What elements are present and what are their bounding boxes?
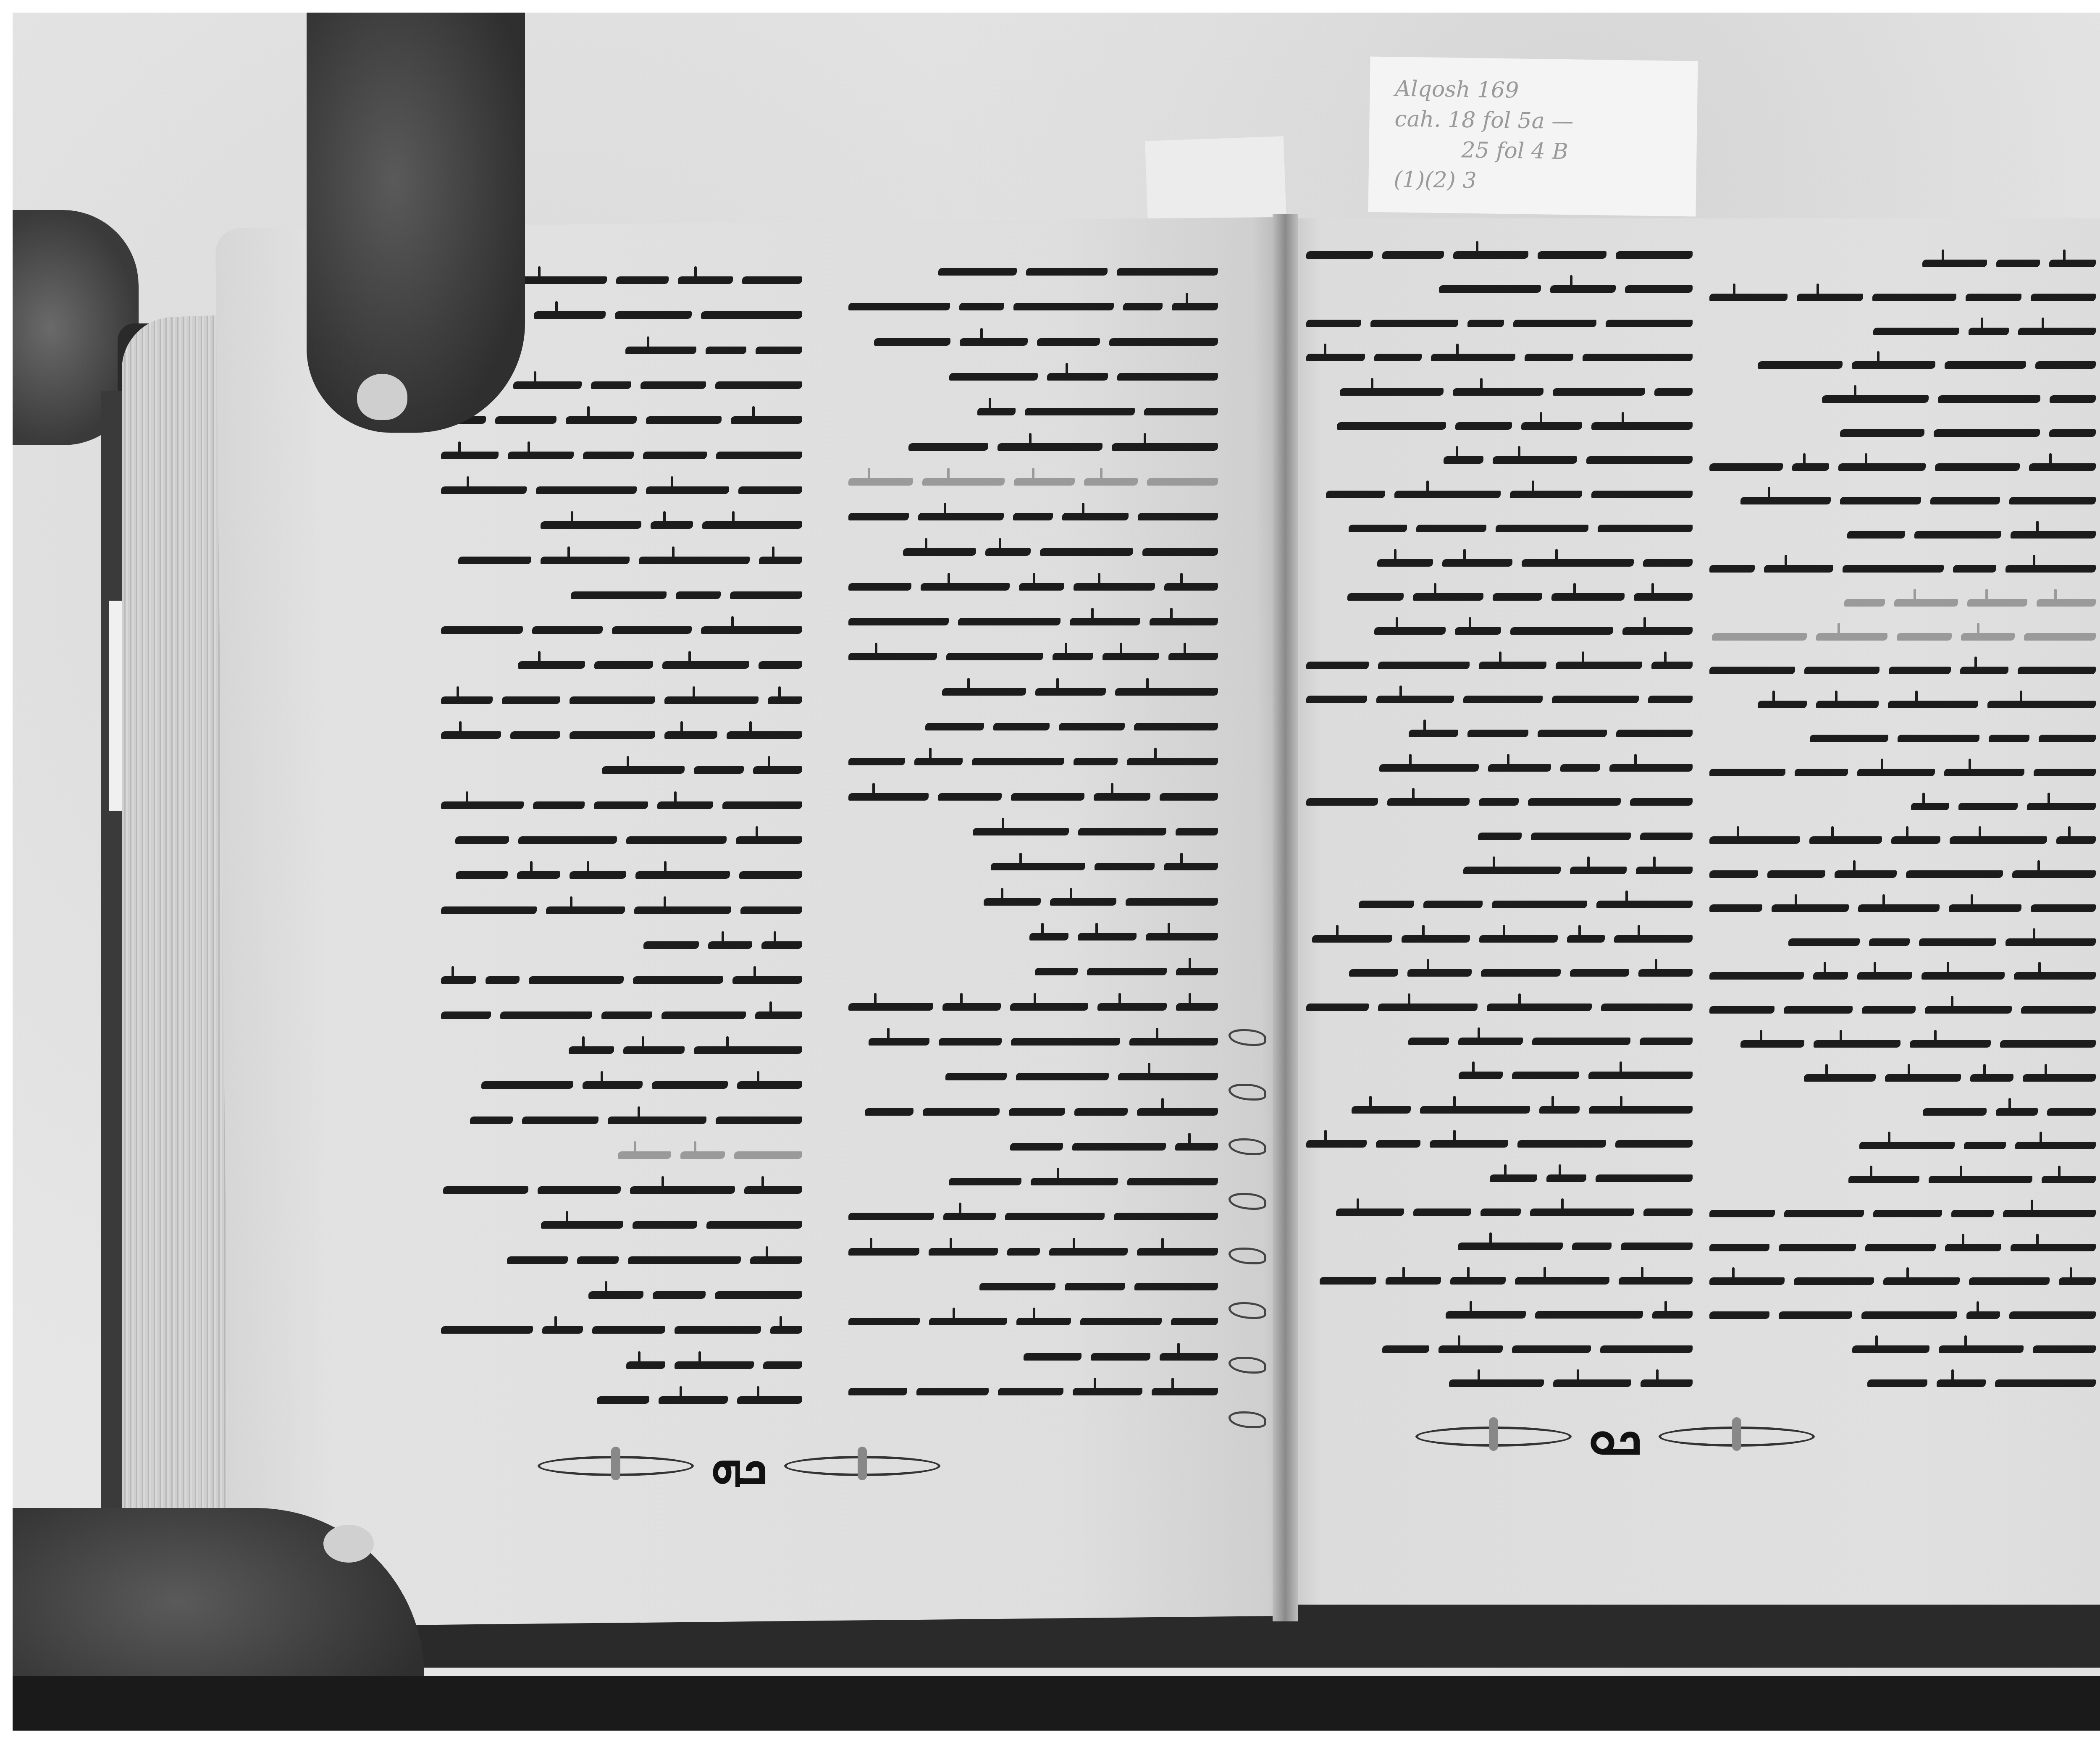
- script-word: [1804, 667, 1879, 674]
- script-word: [1921, 972, 2005, 980]
- script-word: [1960, 667, 2008, 674]
- script-word: [1479, 662, 1546, 669]
- text-line: [848, 1105, 1218, 1119]
- script-word: [1591, 422, 1693, 430]
- script-word: [1857, 769, 1935, 776]
- script-word: [1496, 525, 1588, 532]
- script-word: [1857, 972, 1912, 980]
- script-word: [1709, 1311, 1769, 1319]
- photo-frame: Alqosh 169 cah. 18 fol 5a — 25 fol 4 B (…: [13, 13, 2100, 1731]
- script-word: [1109, 338, 1218, 346]
- script-word: [1306, 1140, 1367, 1148]
- script-word: [1453, 251, 1528, 259]
- text-line: [1709, 697, 2096, 712]
- script-word: [1964, 1142, 2006, 1149]
- script-word: [1788, 938, 1860, 946]
- script-word: [1376, 1140, 1421, 1148]
- script-word: [1409, 730, 1458, 737]
- script-word: [1078, 933, 1137, 940]
- script-word: [1570, 969, 1629, 977]
- text-line: [441, 413, 802, 427]
- script-word: [848, 478, 913, 486]
- script-word: [759, 661, 802, 669]
- script-word: [716, 1117, 802, 1124]
- text-line: [1306, 590, 1693, 604]
- text-line: [1709, 1037, 2096, 1051]
- script-word: [1059, 723, 1125, 730]
- script-word: [738, 486, 802, 494]
- script-word: [2031, 904, 2096, 912]
- script-word: [1553, 388, 1645, 396]
- text-line: [441, 833, 802, 847]
- script-word: [1439, 285, 1541, 293]
- script-word: [518, 661, 585, 669]
- script-word: [566, 416, 636, 424]
- script-word: [625, 347, 696, 354]
- script-word: [441, 696, 493, 704]
- script-word: [922, 478, 1004, 486]
- script-word: [1129, 1038, 1218, 1046]
- script-word: [634, 906, 731, 914]
- script-word: [706, 1221, 802, 1229]
- script-word: [1538, 730, 1607, 737]
- script-word: [925, 723, 984, 730]
- script-word: [1176, 828, 1218, 835]
- script-word: [1013, 513, 1053, 520]
- script-word: [1011, 793, 1084, 801]
- script-word: [1953, 565, 1997, 573]
- text-line: [441, 1043, 802, 1057]
- script-word: [1929, 1176, 2032, 1183]
- script-word: [1080, 1318, 1162, 1325]
- script-word: [470, 1117, 513, 1124]
- script-word: [1126, 898, 1218, 906]
- script-word: [1622, 627, 1693, 635]
- script-word: [848, 1003, 933, 1011]
- script-word: [1160, 793, 1218, 801]
- script-word: [1919, 938, 1996, 946]
- text-line: [1306, 1205, 1693, 1219]
- text-line: [441, 1218, 802, 1232]
- left-page-number: ܟܗ: [711, 1441, 767, 1491]
- script-word: [942, 688, 1026, 696]
- script-word: [1589, 1106, 1693, 1114]
- script-word: [1638, 969, 1693, 977]
- script-word: [646, 486, 729, 494]
- script-word: [1816, 633, 1887, 641]
- script-word: [602, 766, 685, 774]
- text-line: [1306, 1103, 1693, 1117]
- script-word: [715, 381, 802, 389]
- script-word: [675, 1326, 761, 1334]
- script-word: [1969, 1277, 2050, 1285]
- script-word: [633, 1221, 697, 1229]
- text-line: [848, 895, 1218, 909]
- text-line: [848, 265, 1218, 279]
- script-word: [541, 557, 630, 564]
- script-word: [1630, 798, 1693, 806]
- script-word: [1374, 627, 1446, 635]
- script-word: [1488, 764, 1551, 772]
- script-word: [2009, 497, 2096, 504]
- script-word: [702, 521, 802, 529]
- text-line: [848, 754, 1218, 769]
- script-word: [1416, 525, 1486, 532]
- script-word: [1037, 338, 1100, 346]
- text-line: [1709, 1376, 2096, 1390]
- text-line: [1306, 282, 1693, 296]
- script-word: [594, 801, 648, 809]
- label-line-4: (1)(2) 3: [1394, 164, 1671, 198]
- left-page-signature: ܟܗ: [538, 1441, 940, 1491]
- script-word: [1619, 1277, 1693, 1285]
- script-word: [1458, 1243, 1563, 1250]
- text-line: [1709, 799, 2096, 814]
- script-word: [583, 452, 634, 459]
- text-line: [441, 1008, 802, 1022]
- script-word: [635, 871, 730, 879]
- script-word: [1995, 1379, 2096, 1387]
- label-line-3: 25 fol 4 B: [1394, 134, 1672, 168]
- script-word: [455, 836, 509, 844]
- text-line: [1306, 1068, 1693, 1082]
- script-word: [443, 1186, 528, 1194]
- script-word: [1930, 497, 2000, 504]
- script-word: [740, 906, 802, 914]
- text-line: [848, 1000, 1218, 1014]
- text-line: [1306, 419, 1693, 433]
- script-word: [2023, 1074, 2096, 1082]
- script-word: [1387, 798, 1469, 806]
- script-word: [1378, 1004, 1478, 1011]
- text-line: [1709, 562, 2096, 576]
- script-word: [1481, 969, 1561, 977]
- script-word: [960, 338, 1028, 346]
- script-word: [1349, 969, 1398, 977]
- script-word: [2009, 1311, 2096, 1319]
- text-line: [441, 868, 802, 882]
- script-word: [1848, 1176, 1919, 1183]
- script-word: [1019, 583, 1064, 591]
- script-word: [946, 653, 1043, 660]
- script-word: [1420, 1106, 1530, 1114]
- script-word: [1709, 463, 1783, 471]
- script-word: [1795, 769, 1848, 776]
- script-word: [1551, 593, 1625, 601]
- text-line: [848, 1245, 1218, 1259]
- script-word: [1814, 1040, 1900, 1048]
- script-word: [1084, 478, 1138, 486]
- text-line: [1709, 494, 2096, 508]
- script-word: [1885, 1074, 1961, 1082]
- script-word: [708, 941, 752, 949]
- script-word: [1431, 354, 1515, 361]
- script-word: [1065, 1283, 1125, 1290]
- label-line-1: Alqosh 169: [1395, 74, 1672, 108]
- text-line: [1306, 1376, 1693, 1390]
- script-word: [2034, 769, 2096, 776]
- script-word: [715, 1291, 802, 1299]
- rubric-line: [848, 475, 1218, 489]
- script-word: [481, 1081, 573, 1089]
- script-word: [1423, 901, 1483, 908]
- script-word: [1047, 373, 1108, 381]
- script-word: [1127, 1178, 1218, 1185]
- script-word: [1377, 559, 1433, 567]
- script-word: [570, 871, 626, 879]
- script-word: [1097, 1003, 1167, 1011]
- script-word: [1810, 735, 1888, 742]
- rubric-line: [1709, 596, 2096, 610]
- script-word: [1961, 633, 2015, 641]
- script-word: [1087, 968, 1167, 975]
- script-word: [1987, 701, 2096, 708]
- script-word: [1467, 730, 1528, 737]
- script-word: [1809, 836, 1882, 844]
- script-word: [1074, 1108, 1128, 1116]
- script-word: [848, 583, 911, 591]
- script-word: [848, 1213, 934, 1220]
- script-word: [1014, 478, 1075, 486]
- script-word: [2027, 803, 2096, 810]
- script-word: [1446, 1311, 1526, 1319]
- script-word: [1512, 1345, 1591, 1353]
- script-word: [938, 793, 1002, 801]
- script-word: [1651, 662, 1693, 669]
- script-word: [592, 1326, 665, 1334]
- script-word: [441, 626, 523, 634]
- script-word: [1858, 904, 1940, 912]
- script-word: [1138, 513, 1218, 520]
- script-word: [865, 1108, 913, 1116]
- script-word: [1091, 1353, 1150, 1361]
- script-word: [1894, 599, 1958, 607]
- script-word: [1123, 303, 1163, 310]
- script-word: [1838, 463, 1925, 471]
- script-word: [1938, 395, 2040, 403]
- script-word: [2012, 870, 2096, 878]
- script-word: [736, 836, 802, 844]
- script-word: [1843, 565, 1943, 573]
- script-word: [1530, 1208, 1634, 1216]
- script-word: [1487, 1004, 1592, 1011]
- script-word: [2049, 429, 2096, 437]
- script-word: [570, 696, 655, 704]
- script-word: [1013, 303, 1114, 310]
- script-word: [1572, 1243, 1612, 1250]
- text-line: [1306, 521, 1693, 536]
- text-line: [848, 1350, 1218, 1364]
- script-word: [1996, 260, 2040, 267]
- script-word: [727, 731, 802, 739]
- script-word: [1779, 1311, 1852, 1319]
- text-line: [441, 448, 802, 462]
- script-word: [2000, 1040, 2096, 1048]
- text-line: [441, 658, 802, 672]
- script-word: [744, 1186, 802, 1194]
- script-word: [601, 1011, 652, 1019]
- script-word: [608, 1117, 706, 1124]
- text-line: [1306, 897, 1693, 912]
- script-word: [532, 626, 603, 634]
- script-word: [1016, 1318, 1071, 1325]
- script-word: [1951, 1210, 1994, 1217]
- left-page-inner-column: [848, 265, 1218, 1399]
- script-word: [630, 1186, 735, 1194]
- script-word: [1586, 456, 1693, 464]
- script-word: [755, 1011, 802, 1019]
- script-word: [1522, 559, 1634, 567]
- script-word: [441, 486, 527, 494]
- script-word: [1709, 836, 1800, 844]
- script-word: [694, 1046, 802, 1054]
- text-line: [1306, 795, 1693, 809]
- script-word: [1996, 1108, 2038, 1116]
- script-word: [1950, 836, 2047, 844]
- script-word: [1134, 1283, 1218, 1290]
- script-word: [914, 758, 963, 765]
- script-word: [1024, 1353, 1081, 1361]
- script-word: [1640, 833, 1693, 840]
- script-word: [1621, 1243, 1693, 1250]
- script-word: [1570, 867, 1627, 874]
- script-word: [1117, 268, 1218, 276]
- thumbnail: [357, 374, 407, 420]
- script-word: [1137, 1108, 1218, 1116]
- script-word: [1035, 688, 1106, 696]
- script-word: [1458, 1038, 1523, 1045]
- text-line: [1709, 935, 2096, 949]
- marginal-note: [1228, 1084, 1266, 1101]
- script-word: [1712, 633, 1807, 641]
- text-line: [441, 1183, 802, 1197]
- script-word: [570, 731, 655, 739]
- script-word: [848, 1388, 907, 1395]
- script-word: [942, 1003, 1000, 1011]
- script-word: [1937, 1379, 1986, 1387]
- script-word: [1031, 1178, 1118, 1185]
- script-word: [1767, 870, 1826, 878]
- script-word: [1792, 463, 1829, 471]
- script-word: [1073, 1388, 1142, 1395]
- script-word: [2021, 1006, 2096, 1014]
- flourish-ornament-icon: [1415, 1426, 1572, 1447]
- text-line: [441, 1358, 802, 1372]
- text-line: [1709, 1105, 2096, 1119]
- script-word: [2033, 1345, 2096, 1353]
- script-word: [1640, 1038, 1693, 1045]
- script-word: [1528, 798, 1621, 806]
- script-word: [522, 1117, 598, 1124]
- left-page-outer-column: [441, 273, 802, 1407]
- script-word: [1888, 701, 1978, 708]
- text-line: [1306, 829, 1693, 843]
- script-word: [848, 758, 905, 765]
- text-line: [1306, 316, 1693, 331]
- script-word: [731, 416, 802, 424]
- script-word: [1852, 1345, 1929, 1353]
- script-word: [1493, 593, 1542, 601]
- script-word: [583, 1081, 643, 1089]
- script-word: [1152, 1388, 1218, 1395]
- script-word: [1053, 653, 1094, 660]
- text-line: [1709, 663, 2096, 678]
- script-word: [657, 801, 713, 809]
- script-word: [1891, 836, 1940, 844]
- text-line: [441, 553, 802, 567]
- script-word: [643, 941, 699, 949]
- rubric-line: [441, 1148, 802, 1162]
- text-line: [1306, 863, 1693, 877]
- script-word: [1883, 1277, 1959, 1285]
- script-word: [958, 618, 1061, 625]
- script-word: [1758, 701, 1807, 708]
- script-word: [1515, 1277, 1609, 1285]
- script-word: [1616, 251, 1693, 259]
- script-word: [938, 268, 1017, 276]
- script-word: [1914, 531, 2001, 539]
- script-word: [1062, 513, 1129, 520]
- script-word: [750, 1256, 802, 1264]
- script-word: [1556, 662, 1642, 669]
- script-word: [918, 513, 1004, 520]
- script-word: [640, 381, 706, 389]
- script-word: [1072, 1143, 1166, 1151]
- script-word: [1479, 935, 1558, 943]
- script-word: [1709, 1277, 1785, 1285]
- text-line: [848, 1209, 1218, 1224]
- text-line: [848, 790, 1218, 804]
- text-line: [441, 903, 802, 917]
- text-line: [1306, 761, 1693, 775]
- script-word: [949, 1178, 1021, 1185]
- rubric-line: [1709, 630, 2096, 644]
- script-word: [1382, 251, 1444, 259]
- text-line: [441, 973, 802, 987]
- text-line: [1709, 1071, 2096, 1085]
- script-word: [1606, 320, 1693, 327]
- script-word: [2050, 395, 2096, 403]
- script-word: [502, 696, 561, 704]
- script-word: [903, 548, 976, 556]
- script-word: [997, 443, 1102, 451]
- script-word: [908, 443, 988, 451]
- script-word: [486, 976, 520, 984]
- text-line: [848, 1384, 1218, 1399]
- script-word: [2029, 463, 2096, 471]
- script-word: [1550, 285, 1616, 293]
- text-line: [1709, 1274, 2096, 1288]
- script-word: [1306, 1004, 1369, 1011]
- script-word: [1532, 1038, 1630, 1045]
- script-word: [768, 696, 802, 704]
- text-line: [848, 405, 1218, 419]
- marginal-note: [1228, 1302, 1266, 1319]
- script-word: [542, 1326, 583, 1334]
- script-word: [973, 828, 1069, 835]
- script-word: [722, 801, 802, 809]
- hand-top-left: [307, 13, 525, 433]
- script-word: [456, 871, 508, 879]
- script-word: [1591, 491, 1693, 498]
- script-word: [1160, 1353, 1218, 1361]
- script-word: [1144, 408, 1218, 415]
- text-line: [441, 693, 802, 707]
- label-line-2: cah. 18 fol 5a —: [1394, 104, 1672, 138]
- script-word: [675, 1361, 754, 1369]
- script-word: [529, 976, 624, 984]
- flourish-ornament-icon: [1659, 1426, 1815, 1447]
